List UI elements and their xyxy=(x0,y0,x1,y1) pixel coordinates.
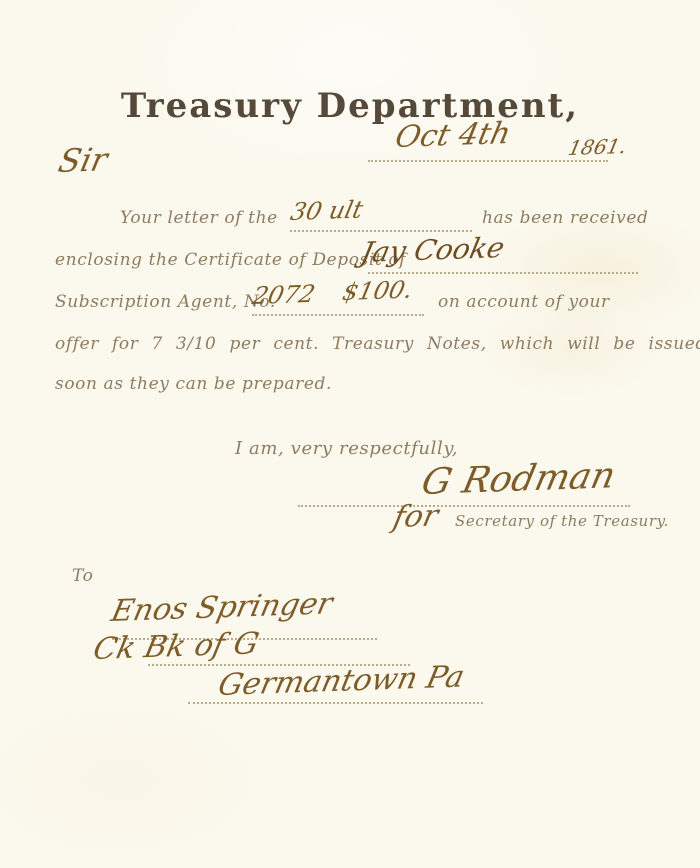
body-line3-printed-a: Subscription Agent, No. xyxy=(55,292,276,312)
secretary-title: Secretary of the Treasury. xyxy=(455,512,669,530)
body-line5-printed: soon as they can be prepared. xyxy=(55,374,332,394)
dotted-rule-line2 xyxy=(368,272,638,274)
letterhead-title: Treasury Department, xyxy=(0,86,700,126)
signature: G Rodman xyxy=(418,455,619,503)
body-line1-printed-b: has been received xyxy=(482,208,649,228)
body-line2-handwritten: Jay Cooke xyxy=(358,231,508,269)
signature-for: for xyxy=(390,499,441,535)
body-line3-amount: $100. xyxy=(340,276,415,306)
date-handwritten: Oct 4th xyxy=(392,116,514,155)
dotted-rule-date xyxy=(368,160,608,162)
body-line4-printed: offer for 7 3/10 per cent. Treasury Note… xyxy=(55,334,700,354)
address-to-label: To xyxy=(72,566,93,586)
body-line3-number: 2072 xyxy=(250,280,318,310)
salutation: Sir xyxy=(55,140,111,180)
address-line2: Ck Bk of G xyxy=(90,626,262,667)
letter-document: Treasury Department, Oct 4th 1861. Sir Y… xyxy=(0,0,700,868)
body-line1-handwritten: 30 ult xyxy=(288,196,366,226)
address-line1: Enos Springer xyxy=(108,586,336,629)
dotted-rule-line3 xyxy=(252,314,424,316)
body-line2-printed: enclosing the Certificate of Deposit of xyxy=(55,250,406,270)
body-line3-printed-b: on account of your xyxy=(438,292,610,312)
closing-respectfully: I am, very respectfully, xyxy=(235,438,458,459)
dotted-rule-address3 xyxy=(188,702,483,704)
body-line1-printed-a: Your letter of the xyxy=(120,208,278,228)
date-year: 1861. xyxy=(566,134,629,160)
address-line3: Germantown Pa xyxy=(215,660,468,703)
dotted-rule-signature xyxy=(298,505,630,507)
dotted-rule-line1 xyxy=(290,230,472,232)
